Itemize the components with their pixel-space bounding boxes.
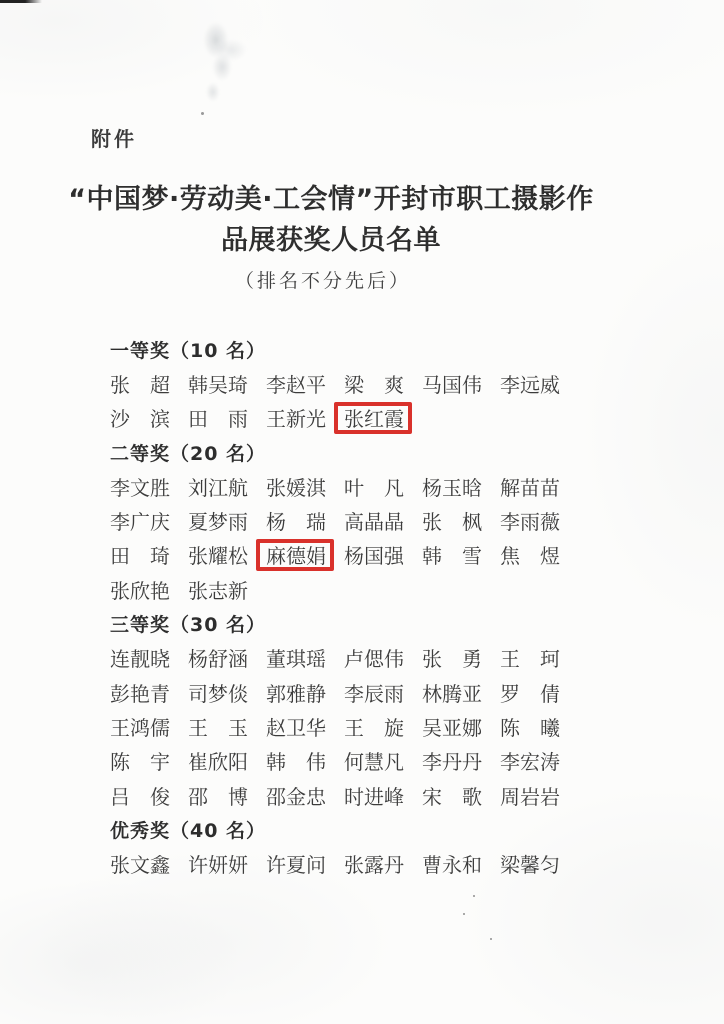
winner-name-row: 李文胜刘江航张媛淇叶凡杨玉晗解苗苗: [110, 469, 578, 503]
winner-name: 邵博: [188, 782, 248, 808]
award-sections: 一等奖（10 名）张超韩吴琦李赵平梁爽马国伟李远威沙滨田雨王新光张红霞二等奖（2…: [110, 332, 578, 881]
winner-name-row: 张超韩吴琦李赵平梁爽马国伟李远威: [110, 366, 578, 400]
winner-name-row: 张欣艳张志新: [110, 572, 578, 606]
winner-name: 邵金忠: [266, 782, 326, 808]
winner-name: 马国伟: [422, 370, 482, 396]
winner-name: 李远威: [500, 370, 560, 396]
winner-name: 杨瑞: [266, 508, 326, 534]
winner-name: 司梦倓: [188, 679, 248, 705]
winner-name: 时进峰: [344, 782, 404, 808]
winner-name: 韩伟: [266, 748, 326, 774]
winner-name-row: 连靓晓杨舒涵董琪瑶卢偲伟张勇王珂: [110, 641, 578, 675]
winner-name: 沙滨: [110, 405, 170, 431]
winner-name: 张志新: [188, 576, 248, 602]
winner-name: 董琪瑶: [266, 645, 326, 671]
winner-name: 崔欣阳: [188, 748, 248, 774]
winner-name: 解苗苗: [500, 473, 560, 499]
winner-name: 郭雅静: [266, 679, 326, 705]
winner-name-row: 田琦张耀松麻德娟杨国强韩雪焦煜: [110, 538, 578, 572]
highlighted-winner-name: 张红霞: [344, 405, 404, 431]
winner-name: 何慧凡: [344, 748, 404, 774]
ranking-note: （排名不分先后）: [0, 266, 646, 293]
winner-name: 田雨: [188, 405, 248, 431]
winner-name-row: 陈宇崔欣阳韩伟何慧凡李丹丹李宏涛: [110, 744, 578, 778]
winner-name: 王旋: [344, 713, 404, 739]
document-title-line2: 品展获奖人员名单: [0, 220, 662, 261]
winner-name: 王新光: [266, 405, 326, 431]
winner-name: 宋歌: [422, 782, 482, 808]
winner-name: 韩雪: [422, 542, 482, 568]
scan-corner-mark: [0, 0, 42, 3]
winner-name: 梁馨匀: [500, 851, 560, 877]
scan-speck: [473, 895, 475, 897]
winner-name: 周岩岩: [500, 782, 560, 808]
winner-name-row: 吕俊邵博邵金忠时进峰宋歌周岩岩: [110, 778, 578, 812]
winner-name: 张枫: [422, 508, 482, 534]
document-title-line1: “中国梦·劳动美·工会情”开封市职工摄影作: [0, 179, 662, 220]
section-heading: 二等奖（20 名）: [110, 435, 578, 469]
winner-name: 王鸿儒: [110, 713, 170, 739]
scanned-document-page: { "page": { "attachment_label": "附件", "t…: [0, 0, 724, 1024]
winner-name: 连靓晓: [110, 645, 170, 671]
winner-name: 张文鑫: [110, 851, 170, 877]
winner-name: 张勇: [422, 645, 482, 671]
winner-name: 张露丹: [344, 851, 404, 877]
winner-name: 许夏问: [266, 851, 326, 877]
winner-name: 夏梦雨: [188, 508, 248, 534]
winner-name: 杨舒涵: [188, 645, 248, 671]
winner-name: 王玉: [188, 713, 248, 739]
winner-name: 李赵平: [266, 370, 326, 396]
winner-name: 张媛淇: [266, 473, 326, 499]
winner-name: 李广庆: [110, 508, 170, 534]
winner-name: 韩吴琦: [188, 370, 248, 396]
winner-name: 杨国强: [344, 542, 404, 568]
winner-name: 田琦: [110, 542, 170, 568]
winner-name-row: 彭艳青司梦倓郭雅静李辰雨林腾亚罗倩: [110, 675, 578, 709]
winner-name: 陈曦: [500, 713, 560, 739]
winner-name: 曹永和: [422, 851, 482, 877]
winner-name: 刘江航: [188, 473, 248, 499]
section-heading: 一等奖（10 名）: [110, 332, 578, 366]
winner-name: 杨玉晗: [422, 473, 482, 499]
scan-speck: [490, 938, 492, 940]
winner-name: 王珂: [500, 645, 560, 671]
winner-name: 李丹丹: [422, 748, 482, 774]
winner-name: 吕俊: [110, 782, 170, 808]
winner-name: 罗倩: [500, 679, 560, 705]
winner-name-row: 李广庆夏梦雨杨瑞高晶晶张枫李雨薇: [110, 503, 578, 537]
winner-name: 彭艳青: [110, 679, 170, 705]
winner-name: 梁爽: [344, 370, 404, 396]
winner-name: 吴亚娜: [422, 713, 482, 739]
winner-name: 林腾亚: [422, 679, 482, 705]
winner-name: 焦煜: [500, 542, 560, 568]
winner-name: 李雨薇: [500, 508, 560, 534]
winner-name: 高晶晶: [344, 508, 404, 534]
winner-name: 张超: [110, 370, 170, 396]
attachment-label: 附件: [91, 123, 137, 152]
winner-name: 李辰雨: [344, 679, 404, 705]
ink-smudge-artifact: [188, 12, 250, 112]
document-title: “中国梦·劳动美·工会情”开封市职工摄影作 品展获奖人员名单: [0, 179, 662, 261]
winner-name-row: 沙滨田雨王新光张红霞: [110, 401, 578, 435]
winner-name: 叶凡: [344, 473, 404, 499]
winner-name-row: 王鸿儒王玉赵卫华王旋吴亚娜陈曦: [110, 709, 578, 743]
highlighted-winner-name: 麻德娟: [266, 542, 326, 568]
winner-name-row: 张文鑫许妍妍许夏问张露丹曹永和梁馨匀: [110, 846, 578, 880]
winner-name: 张耀松: [188, 542, 248, 568]
winner-name: 李文胜: [110, 473, 170, 499]
section-heading: 三等奖（30 名）: [110, 606, 578, 640]
winner-name: 许妍妍: [188, 851, 248, 877]
winner-name: 卢偲伟: [344, 645, 404, 671]
winner-name: 李宏涛: [500, 748, 560, 774]
winner-name: 张欣艳: [110, 576, 170, 602]
scan-dot-artifact: [201, 112, 204, 115]
section-heading: 优秀奖（40 名）: [110, 812, 578, 846]
scan-speck: [463, 913, 465, 915]
winner-name: 赵卫华: [266, 713, 326, 739]
winner-name: 陈宇: [110, 748, 170, 774]
